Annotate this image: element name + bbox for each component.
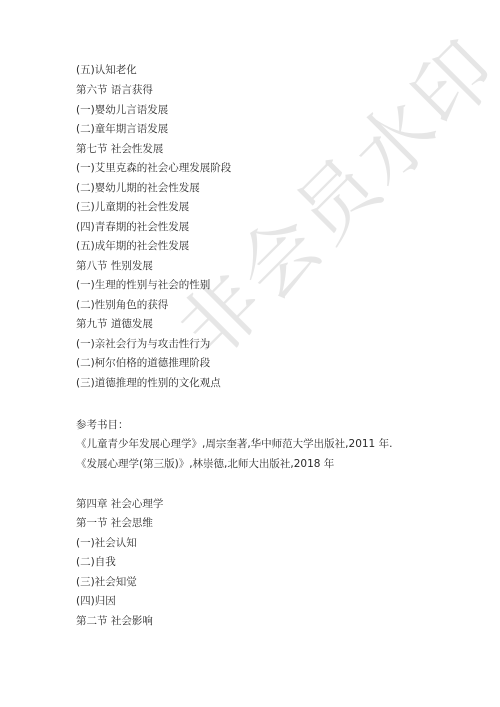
section-heading: 第一节 社会思维 [76,516,153,530]
section-heading: 第六节 语言获得 [76,83,153,97]
outline-item: (二)童年期言语发展 [76,122,168,136]
section-heading: 第七节 社会性发展 [76,142,163,156]
outline-item: (二)性别角色的获得 [76,298,168,312]
outline-item: (二)柯尔伯格的道德推理阶段 [76,356,210,370]
reference-item: 《发展心理学(第三版)》,林崇德,北师大出版社,2018 年 [76,457,334,471]
outline-item: (三)道德推理的性别的文化观点 [76,376,221,390]
outline-item: (四)青春期的社会性发展 [76,220,189,234]
outline-item: (四)归因 [76,594,116,608]
outline-item: (二)婴幼儿期的社会性发展 [76,181,200,195]
section-heading: 第九节 道德发展 [76,317,153,331]
section-heading: 第二节 社会影响 [76,614,153,628]
document-page: 非会员水印 (五)认知老化 第六节 语言获得 (一)婴幼儿言语发展 (二)童年期… [0,0,500,707]
outline-item: (二)自我 [76,555,116,569]
outline-item: (一)艾里克森的社会心理发展阶段 [76,161,231,175]
references-heading: 参考书目： [76,418,129,432]
outline-item: (一)亲社会行为与攻击性行为 [76,337,210,351]
outline-item: (一)社会认知 [76,536,137,550]
watermark: 非会员水印 [150,10,500,379]
outline-item: (五)成年期的社会性发展 [76,239,189,253]
outline-item: (一)婴幼儿言语发展 [76,103,168,117]
outline-item: (五)认知老化 [76,63,137,77]
section-heading: 第八节 性别发展 [76,259,153,273]
outline-item: (三)儿童期的社会性发展 [76,200,189,214]
outline-item: (一)生理的性别与社会的性别 [76,278,210,292]
outline-item: (三)社会知觉 [76,575,137,589]
chapter-heading: 第四章 社会心理学 [76,497,163,511]
reference-item: 《儿童青少年发展心理学》,周宗奎著,华中师范大学出版社,2011 年. [76,437,392,451]
